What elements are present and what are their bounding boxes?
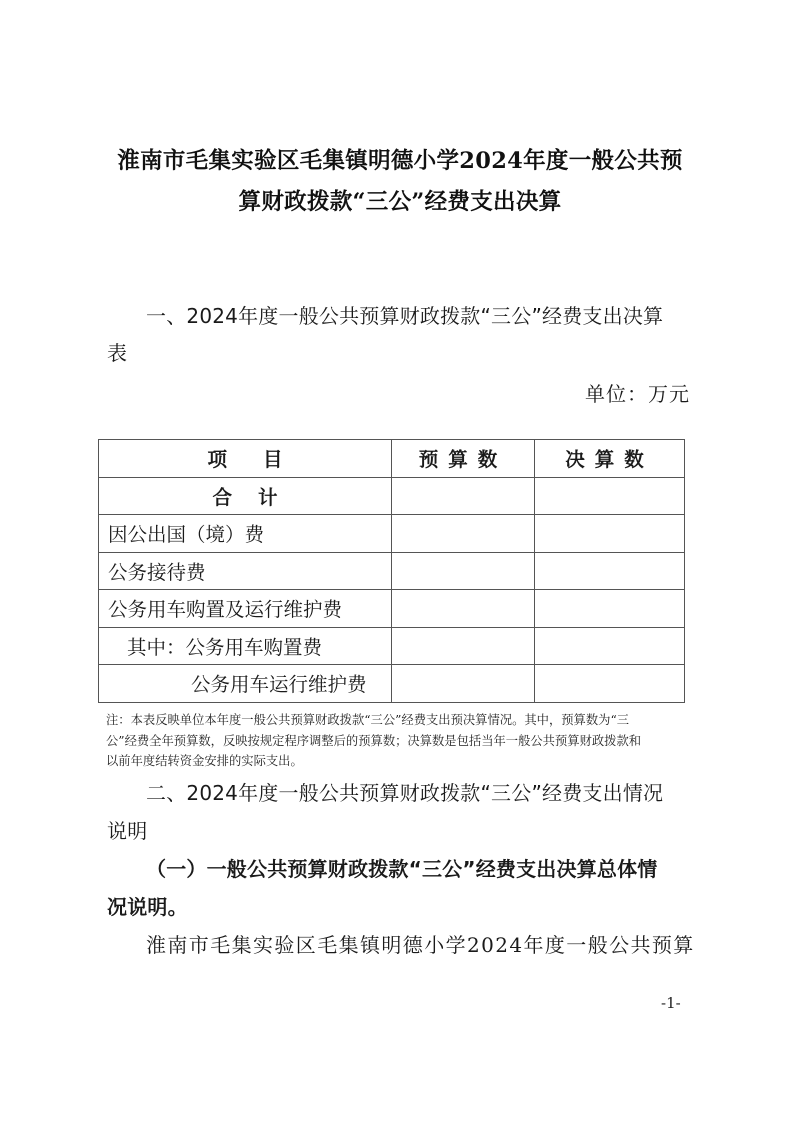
row-budget-value [392,590,535,628]
section1-heading-line2: 表 [107,337,127,366]
section2-heading-line2: 说明 [107,815,147,844]
row-final-value [535,665,685,703]
three-public-expense-table: 项目 预算数 决算数 合计 因公出国（境）费 公务接待费 公务用 [98,439,685,703]
page-number: -1- [661,994,681,1012]
table-row-reception: 公务接待费 [99,552,685,590]
header-item: 项目 [99,440,392,478]
table-header-row: 项目 预算数 决算数 [99,440,685,478]
table-row-vehicles: 公务用车购置及运行维护费 [99,590,685,628]
title-line-1: 淮南市毛集实验区毛集镇明德小学2024年度一般公共预 [100,140,700,182]
row-item-label: 公务用车购置及运行维护费 [99,590,392,628]
row-item-label: 公务用车运行维护费 [99,665,392,703]
header-budget: 预算数 [392,440,535,478]
subsection1-heading-line1: （一）一般公共预算财政拨款“三公”经费支出决算总体情 [146,853,658,882]
row-final-value [535,627,685,665]
row-final-value [535,515,685,553]
footnote-line: 以前年度结转资金安排的实际支出。 [106,751,694,772]
row-budget-value [392,477,535,515]
row-budget-value [392,627,535,665]
table-footnote: 注：本表反映单位本年度一般公共预算财政拨款“三公”经费支出预决算情况。其中，预算… [106,710,694,772]
row-item-label: 合计 [99,477,392,515]
row-item-label: 其中：公务用车购置费 [99,627,392,665]
header-final: 决算数 [535,440,685,478]
unit-label: 单位：万元 [585,378,690,407]
row-item-label: 公务接待费 [99,552,392,590]
row-budget-value [392,665,535,703]
table-row-overseas: 因公出国（境）费 [99,515,685,553]
body-paragraph-line1: 淮南市毛集实验区毛集镇明德小学2024年度一般公共预算 [146,929,695,958]
row-final-value [535,590,685,628]
section2-heading-line1: 二、2024年度一般公共预算财政拨款“三公”经费支出情况 [146,777,663,806]
row-final-value [535,477,685,515]
row-final-value [535,552,685,590]
section1-heading-line1: 一、2024年度一般公共预算财政拨款“三公”经费支出决算 [146,300,663,329]
table-row-vehicle-maintenance: 公务用车运行维护费 [99,665,685,703]
subsection1-heading-line2: 况说明。 [107,891,188,920]
document-page: 淮南市毛集实验区毛集镇明德小学2024年度一般公共预 算财政拨款“三公”经费支出… [0,0,793,1122]
footnote-line: 注：本表反映单位本年度一般公共预算财政拨款“三公”经费支出预决算情况。其中，预算… [106,710,694,731]
table-row-vehicle-purchase: 其中：公务用车购置费 [99,627,685,665]
table-row-total: 合计 [99,477,685,515]
title-line-2: 算财政拨款“三公”经费支出决算 [100,181,700,223]
row-budget-value [392,552,535,590]
row-budget-value [392,515,535,553]
row-item-label: 因公出国（境）费 [99,515,392,553]
footnote-line: 公”经费全年预算数，反映按规定程序调整后的预算数；决算数是包括当年一般公共预算财… [106,731,694,752]
